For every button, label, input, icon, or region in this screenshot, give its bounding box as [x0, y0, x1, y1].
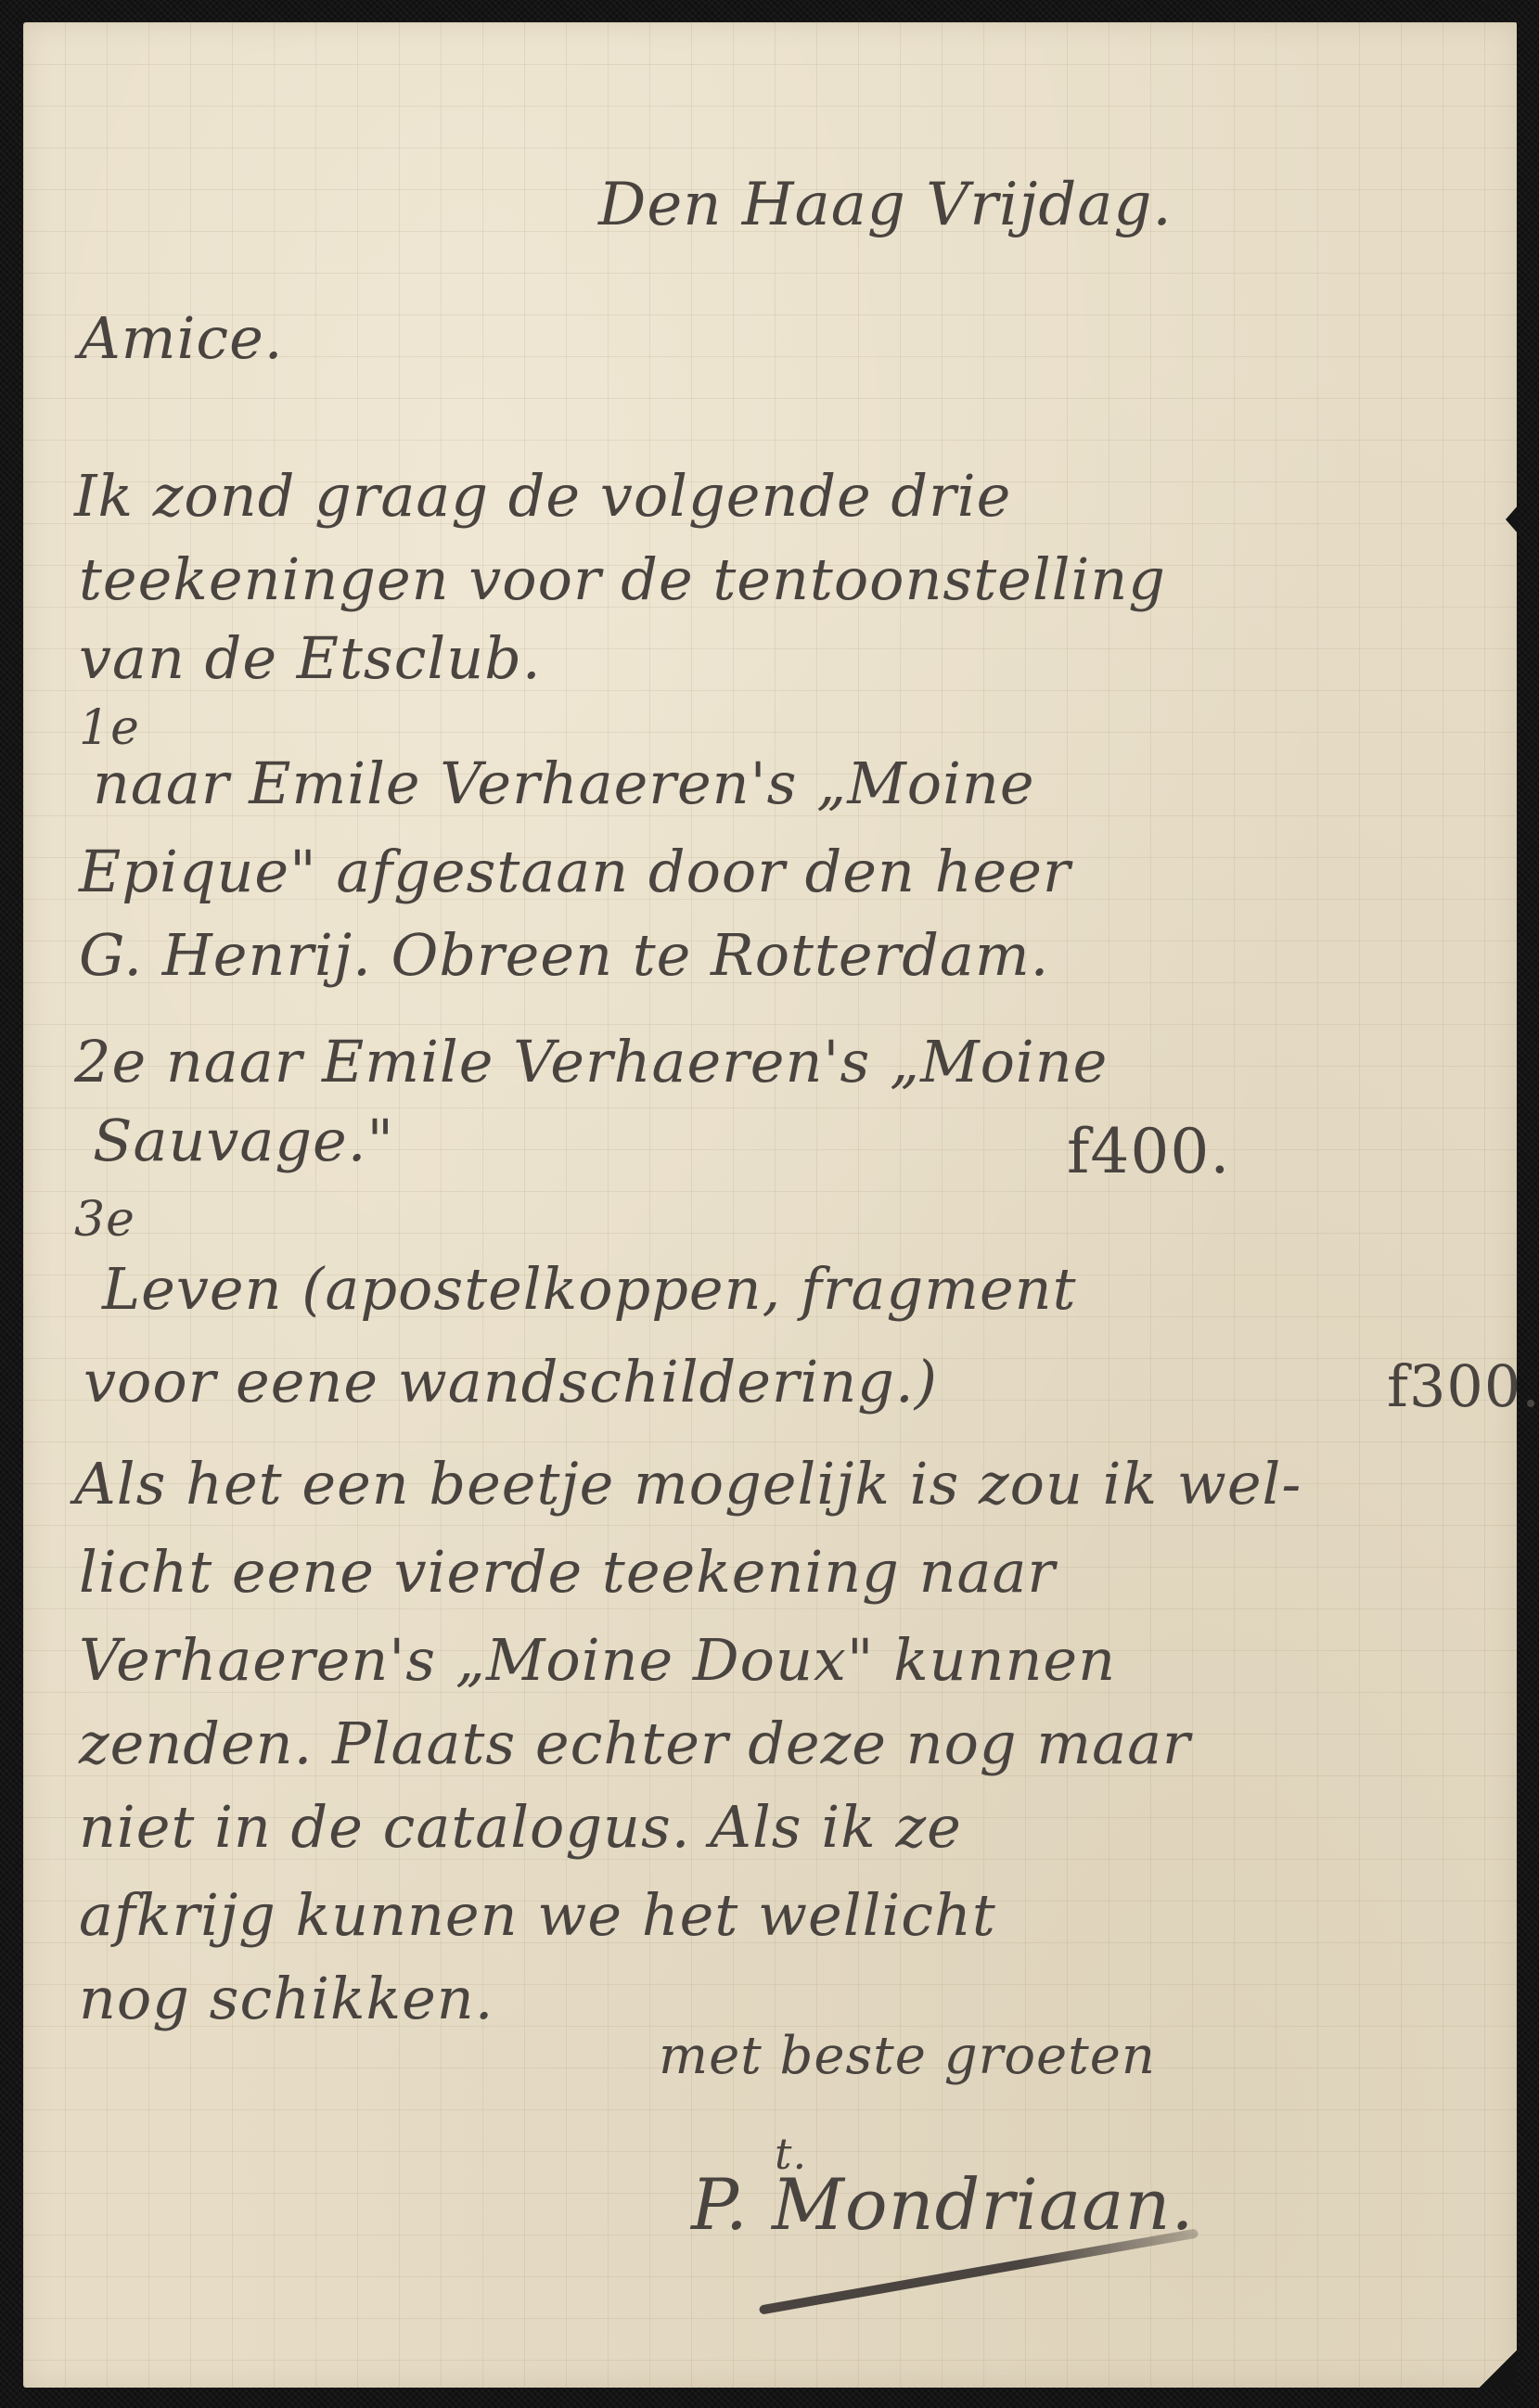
dateline: Den Haag Vrijdag. [598, 175, 1173, 235]
postscript-line: niet in de catalogus. Als ik ze [79, 1799, 962, 1856]
item-number: 1e [79, 704, 140, 752]
signature: P. Mondriaan. [691, 2170, 1195, 2240]
closing: met beste groeten [659, 2030, 1156, 2082]
postscript-line: afkrijg kunnen we het wellicht [79, 1887, 996, 1944]
item-price: f400. [1067, 1121, 1230, 1183]
item-line: Epique" afgestaan door den heer [79, 843, 1071, 901]
intro-line: teekeningen voor de tentoonstelling [79, 551, 1166, 608]
item-line: Leven (apostelkoppen, fragment [102, 1261, 1077, 1318]
item-line: Sauvage." [93, 1112, 394, 1170]
item-line: 2e naar Emile Verhaeren's „Moine [74, 1033, 1108, 1091]
item-line: G. Henrij. Obreen te Rotterdam. [79, 927, 1049, 984]
page-corner-fold [1480, 2350, 1517, 2388]
postscript-line: licht eene vierde teekening naar [79, 1543, 1056, 1601]
intro-line: van de Etsclub. [79, 630, 542, 687]
item-line: voor eene wandschildering.) [83, 1353, 938, 1411]
intro-line: Ik zond graag de volgende drie [74, 468, 1011, 525]
postscript-line: zenden. Plaats echter deze nog maar [79, 1715, 1191, 1773]
letter-page: Den Haag Vrijdag. Amice. Ik zond graag d… [23, 22, 1517, 2388]
postscript-line: nog schikken. [79, 1970, 494, 2028]
item-number: 3e [74, 1196, 135, 1244]
page-edge-notch [1506, 505, 1519, 534]
item-price: f300. [1387, 1358, 1539, 1415]
postscript-line: Als het een beetje mogelijk is zou ik we… [74, 1455, 1302, 1513]
item-line: naar Emile Verhaeren's „Moine [93, 755, 1035, 813]
salutation: Amice. [79, 310, 284, 367]
postscript-line: Verhaeren's „Moine Doux" kunnen [79, 1632, 1116, 1689]
